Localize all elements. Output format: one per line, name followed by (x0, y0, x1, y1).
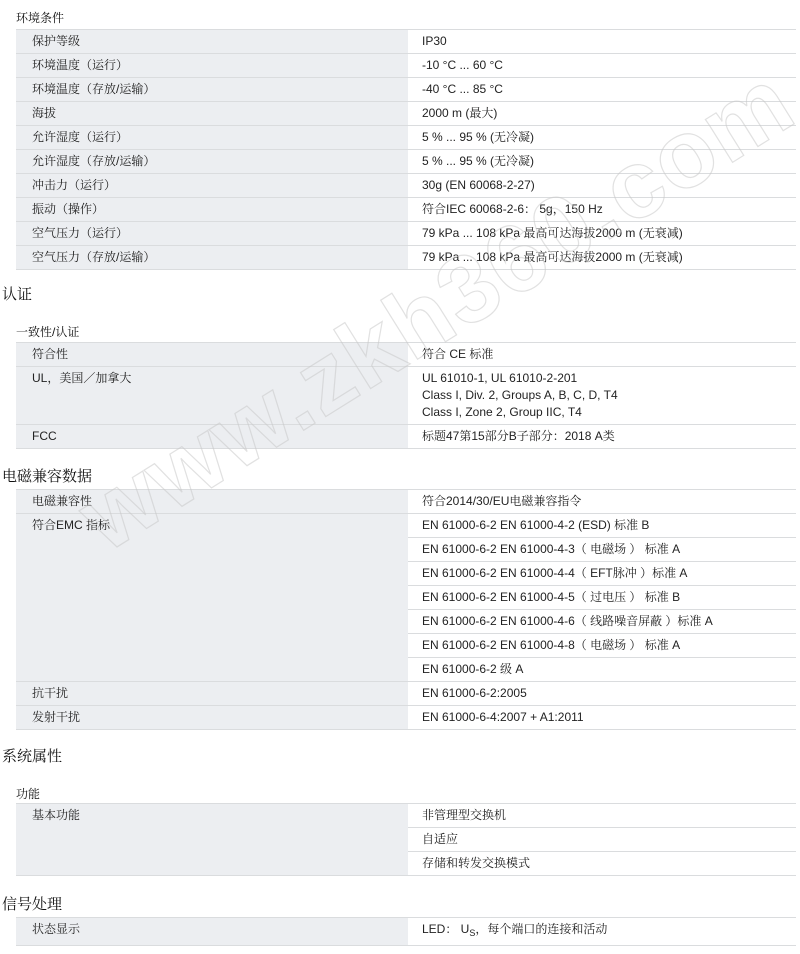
certification-table: 符合性符合 CE 标准 UL，美国／加拿大 UL 61010-1, UL 610… (16, 342, 796, 449)
subsection-title-environment: 环境条件 (16, 9, 64, 26)
emc-table: 电磁兼容性符合2014/30/EU电磁兼容指令 符合EMC 指标 EN 6100… (16, 489, 796, 730)
table-row: 环境温度（存放/运输）-40 °C ... 85 °C (16, 78, 796, 102)
table-row: 海拔2000 m (最大) (16, 102, 796, 126)
row-label: 符合性 (16, 343, 408, 366)
row-value: EN 61000-6-2 EN 61000-4-3（ 电磁场 ） 标准 A (408, 537, 796, 561)
table-row: 电磁兼容性符合2014/30/EU电磁兼容指令 (16, 489, 796, 514)
table-row: 环境温度（运行）-10 °C ... 60 °C (16, 54, 796, 78)
row-label: 允许湿度（运行） (16, 126, 408, 149)
row-value: 存储和转发交换模式 (408, 851, 796, 875)
row-value: 79 kPa ... 108 kPa 最高可达海拔2000 m (无衰减) (408, 246, 796, 269)
value-line: UL 61010-1, UL 61010-2-201 (422, 370, 796, 387)
table-row: 抗干扰EN 61000-6-2:2005 (16, 682, 796, 706)
table-row: 符合EMC 指标 EN 61000-6-2 EN 61000-4-2 (ESD)… (16, 514, 796, 682)
row-label: FCC (16, 425, 408, 448)
row-value: -40 °C ... 85 °C (408, 78, 796, 101)
section-title-emc: 电磁兼容数据 (2, 465, 92, 486)
row-value: EN 61000-6-2 EN 61000-4-4（ EFT脉冲 ）标准 A (408, 561, 796, 585)
row-value: EN 61000-6-2 级 A (408, 657, 796, 681)
value-line: Class I, Zone 2, Group IIC, T4 (422, 404, 796, 421)
row-value: LED： US，每个端口的连接和活动 (408, 918, 796, 945)
row-label: 发射干扰 (16, 706, 408, 729)
row-label: 符合EMC 指标 (16, 514, 408, 681)
table-row: 状态显示LED： US，每个端口的连接和活动 (16, 917, 796, 946)
row-label: 振动（操作） (16, 198, 408, 221)
row-value: 79 kPa ... 108 kPa 最高可达海拔2000 m (无衰减) (408, 222, 796, 245)
row-value: EN 61000-6-2 EN 61000-4-6（ 线路噪音屏蔽 ）标准 A (408, 609, 796, 633)
section-title-certification: 认证 (2, 283, 32, 304)
table-row: 符合性符合 CE 标准 (16, 342, 796, 367)
row-value: EN 61000-6-4:2007 + A1:2011 (408, 706, 796, 729)
table-row: 空气压力（运行）79 kPa ... 108 kPa 最高可达海拔2000 m … (16, 222, 796, 246)
row-value: 符合 CE 标准 (408, 343, 796, 366)
value-prefix: LED： U (422, 922, 469, 936)
row-value: 标题47第15部分B子部分：2018 A类 (408, 425, 796, 448)
table-row: 基本功能 非管理型交换机 自适应 存储和转发交换模式 (16, 803, 796, 876)
signal-table: 状态显示LED： US，每个端口的连接和活动 (16, 917, 796, 946)
environment-table: 保护等级IP30 环境温度（运行）-10 °C ... 60 °C 环境温度（存… (16, 29, 796, 270)
row-label: 电磁兼容性 (16, 490, 408, 513)
section-title-signal: 信号处理 (2, 893, 62, 914)
table-row: 允许湿度（运行）5 % ... 95 % (无冷凝) (16, 126, 796, 150)
row-value: 30g (EN 60068-2-27) (408, 174, 796, 197)
table-row: 空气压力（存放/运输）79 kPa ... 108 kPa 最高可达海拔2000… (16, 246, 796, 270)
row-label: 环境温度（运行） (16, 54, 408, 77)
row-value-multiline: UL 61010-1, UL 61010-2-201 Class I, Div.… (408, 367, 796, 424)
row-label: 基本功能 (16, 804, 408, 875)
table-row: 发射干扰EN 61000-6-4:2007 + A1:2011 (16, 706, 796, 730)
row-label: 空气压力（运行） (16, 222, 408, 245)
section-title-system: 系统属性 (2, 745, 62, 766)
row-value: 自适应 (408, 827, 796, 851)
table-row: 冲击力（运行）30g (EN 60068-2-27) (16, 174, 796, 198)
row-label: 海拔 (16, 102, 408, 125)
row-label: 状态显示 (16, 918, 408, 945)
row-label: 保护等级 (16, 30, 408, 53)
table-row: 允许湿度（存放/运输）5 % ... 95 % (无冷凝) (16, 150, 796, 174)
row-value: 2000 m (最大) (408, 102, 796, 125)
row-label: 环境温度（存放/运输） (16, 78, 408, 101)
row-value: 符合2014/30/EU电磁兼容指令 (408, 490, 796, 513)
subsection-title-function: 功能 (16, 785, 40, 802)
table-row: 振动（操作）符合IEC 60068-2-6： 5g，150 Hz (16, 198, 796, 222)
row-value: 5 % ... 95 % (无冷凝) (408, 150, 796, 173)
value-suffix: ，每个端口的连接和活动 (475, 922, 607, 936)
row-value: EN 61000-6-2 EN 61000-4-8（ 电磁场 ） 标准 A (408, 633, 796, 657)
system-table: 基本功能 非管理型交换机 自适应 存储和转发交换模式 (16, 803, 796, 876)
row-value: -10 °C ... 60 °C (408, 54, 796, 77)
row-label: 允许湿度（存放/运输） (16, 150, 408, 173)
row-label: UL，美国／加拿大 (16, 367, 408, 424)
row-value: 符合IEC 60068-2-6： 5g，150 Hz (408, 198, 796, 221)
table-row: 保护等级IP30 (16, 29, 796, 54)
row-value: 5 % ... 95 % (无冷凝) (408, 126, 796, 149)
row-label: 抗干扰 (16, 682, 408, 705)
row-value: EN 61000-6-2 EN 61000-4-2 (ESD) 标准 B (408, 514, 796, 537)
row-label: 冲击力（运行） (16, 174, 408, 197)
row-value: EN 61000-6-2 EN 61000-4-5（ 过电压 ） 标准 B (408, 585, 796, 609)
row-value: EN 61000-6-2:2005 (408, 682, 796, 705)
table-row: UL，美国／加拿大 UL 61010-1, UL 61010-2-201 Cla… (16, 367, 796, 425)
row-value: 非管理型交换机 (408, 804, 796, 827)
table-row: FCC标题47第15部分B子部分：2018 A类 (16, 425, 796, 449)
row-label: 空气压力（存放/运输） (16, 246, 408, 269)
value-line: Class I, Div. 2, Groups A, B, C, D, T4 (422, 387, 796, 404)
subsection-title-conformity: 一致性/认证 (16, 323, 79, 340)
row-value: IP30 (408, 30, 796, 53)
